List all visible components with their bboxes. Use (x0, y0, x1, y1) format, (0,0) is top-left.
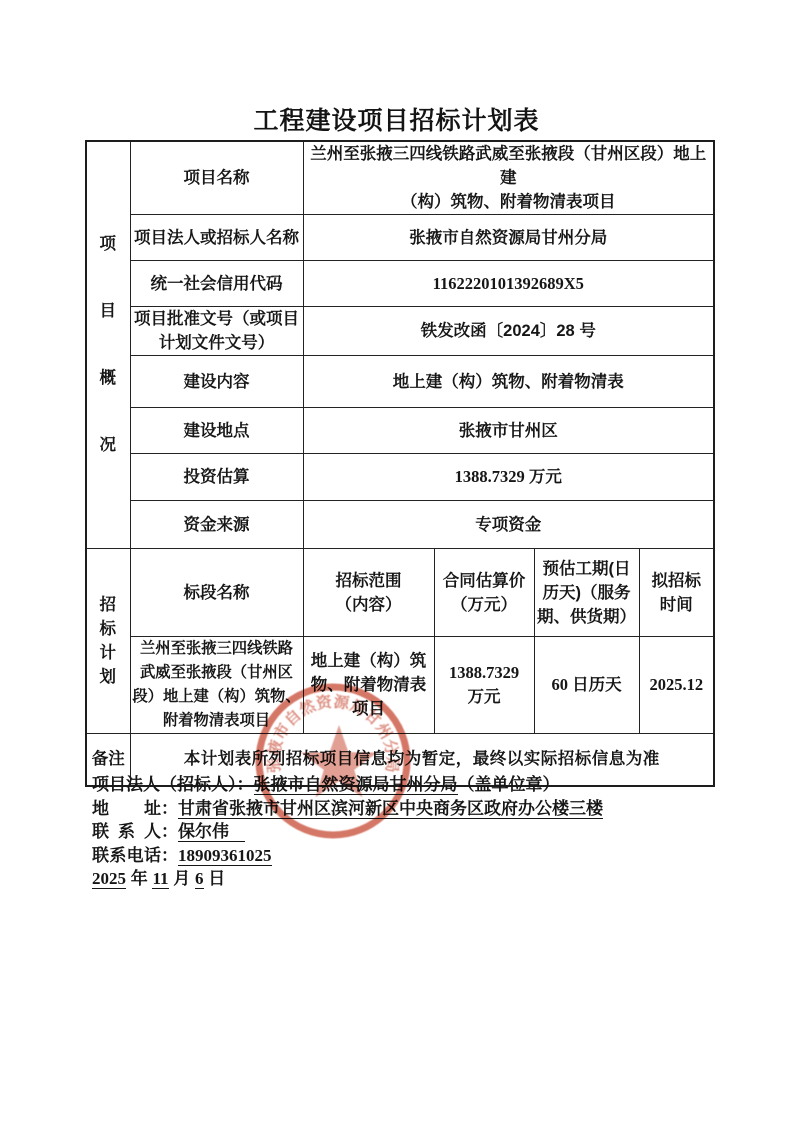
footer-colon: ： (161, 799, 178, 818)
value-contract-price: 1388.7329 万元 (434, 637, 534, 734)
footer-contact-line: 联系人：保尔伟 (92, 820, 732, 844)
header-planned-bid-time: 拟招标 时间 (639, 549, 714, 637)
table-row: 建设地点 张掖市甘州区 (86, 408, 714, 454)
header-section-name: 标段名称 (130, 549, 303, 637)
section-label-bidding: 招 标 计 划 (86, 549, 130, 734)
bidding-plan-table: 项 目 概 况 项目名称 兰州至张掖三四线铁路武威至张掖段（甘州区段）地上建 （… (85, 140, 715, 787)
table-header-row: 招 标 计 划 标段名称 招标范围 （内容） 合同估算价 （万元） 预估工期(日… (86, 549, 714, 637)
value-fund-source: 专项资金 (303, 501, 714, 549)
header-bid-scope: 招标范围 （内容） (303, 549, 434, 637)
footer-label: 地址 (92, 797, 161, 821)
value-construction-content: 地上建（构）筑物、附着物清表 (303, 356, 714, 408)
footer-label: 联系人 (92, 820, 161, 844)
footer-label: 联系电话 (92, 844, 161, 868)
footer-value-underlined: 18909361025 (178, 846, 272, 866)
footer-date-line: 2025 年 11 月 6 日 (92, 867, 732, 891)
document-page: 工程建设项目招标计划表 项 目 概 况 项目名称 兰州至张掖三四线铁路武威至张掖… (0, 0, 793, 1122)
label-investment-estimate: 投资估算 (130, 454, 303, 501)
label-fund-source: 资金来源 (130, 501, 303, 549)
value-planned-bid-time: 2025.12 (639, 637, 714, 734)
table-row: 投资估算 1388.7329 万元 (86, 454, 714, 501)
label-approval-doc: 项目批准文号（或项目 计划文件文号） (130, 307, 303, 356)
value-construction-site: 张掖市甘州区 (303, 408, 714, 454)
date-year-unit: 年 (131, 869, 148, 888)
table-row: 建设内容 地上建（构）筑物、附着物清表 (86, 356, 714, 408)
footer-suffix: （盖单位章） (458, 775, 560, 794)
value-bid-scope: 地上建（构）筑 物、附着物清表 项目 (303, 637, 434, 734)
footer-address-line: 地址：甘肃省张掖市甘州区滨河新区中央商务区政府办公楼三楼 (92, 797, 732, 821)
footer-value-underlined: 张掖市自然资源局甘州分局 (254, 775, 458, 795)
table-row: 项目法人或招标人名称 张掖市自然资源局甘州分局 (86, 215, 714, 261)
table-row: 项 目 概 况 项目名称 兰州至张掖三四线铁路武威至张掖段（甘州区段）地上建 （… (86, 141, 714, 215)
value-approval-doc: 铁发改函〔2024〕28 号 (303, 307, 714, 356)
label-credit-code: 统一社会信用代码 (130, 261, 303, 307)
footer-value-underlined: 保尔伟 (178, 822, 245, 842)
footer-label: 项目法人（招标人）： (92, 775, 254, 794)
section-label-text: 项 目 概 况 (100, 235, 118, 454)
footer-colon: ： (161, 822, 178, 841)
section-label-text: 招 标 计 划 (100, 596, 118, 686)
value-investment-estimate: 1388.7329 万元 (303, 454, 714, 501)
table-row: 兰州至张掖三四线铁路 武威至张掖段（甘州区 段）地上建（构）筑物、 附着物清表项… (86, 637, 714, 734)
label-legal-person: 项目法人或招标人名称 (130, 215, 303, 261)
label-construction-content: 建设内容 (130, 356, 303, 408)
label-project-name: 项目名称 (130, 141, 303, 215)
table-row: 统一社会信用代码 1162220101392689X5 (86, 261, 714, 307)
doc-title: 工程建设项目招标计划表 (0, 101, 793, 137)
date-day-unit: 日 (208, 869, 225, 888)
value-legal-person: 张掖市自然资源局甘州分局 (303, 215, 714, 261)
footer-phone-line: 联系电话：18909361025 (92, 844, 732, 868)
label-construction-site: 建设地点 (130, 408, 303, 454)
value-credit-code: 1162220101392689X5 (303, 261, 714, 307)
date-month: 11 (152, 869, 168, 889)
table-row: 资金来源 专项资金 (86, 501, 714, 549)
date-month-unit: 月 (173, 869, 190, 888)
table-row: 项目批准文号（或项目 计划文件文号） 铁发改函〔2024〕28 号 (86, 307, 714, 356)
footer-value-underlined: 甘肃省张掖市甘州区滨河新区中央商务区政府办公楼三楼 (178, 799, 603, 819)
header-estimated-duration: 预估工期(日 历天)（服务 期、供货期） (534, 549, 639, 637)
footer-block: 项目法人（招标人）：张掖市自然资源局甘州分局（盖单位章） 地址：甘肃省张掖市甘州… (92, 773, 732, 891)
date-year: 2025 (92, 869, 126, 889)
footer-legal-person-line: 项目法人（招标人）：张掖市自然资源局甘州分局（盖单位章） (92, 773, 732, 797)
value-estimated-duration: 60 日历天 (534, 637, 639, 734)
value-section-name: 兰州至张掖三四线铁路 武威至张掖段（甘州区 段）地上建（构）筑物、 附着物清表项… (130, 637, 303, 734)
footer-colon: ： (161, 846, 178, 865)
value-project-name: 兰州至张掖三四线铁路武威至张掖段（甘州区段）地上建 （构）筑物、附着物清表项目 (303, 141, 714, 215)
header-contract-price: 合同估算价 （万元） (434, 549, 534, 637)
date-day: 6 (195, 869, 204, 889)
section-label-overview: 项 目 概 况 (86, 141, 130, 549)
